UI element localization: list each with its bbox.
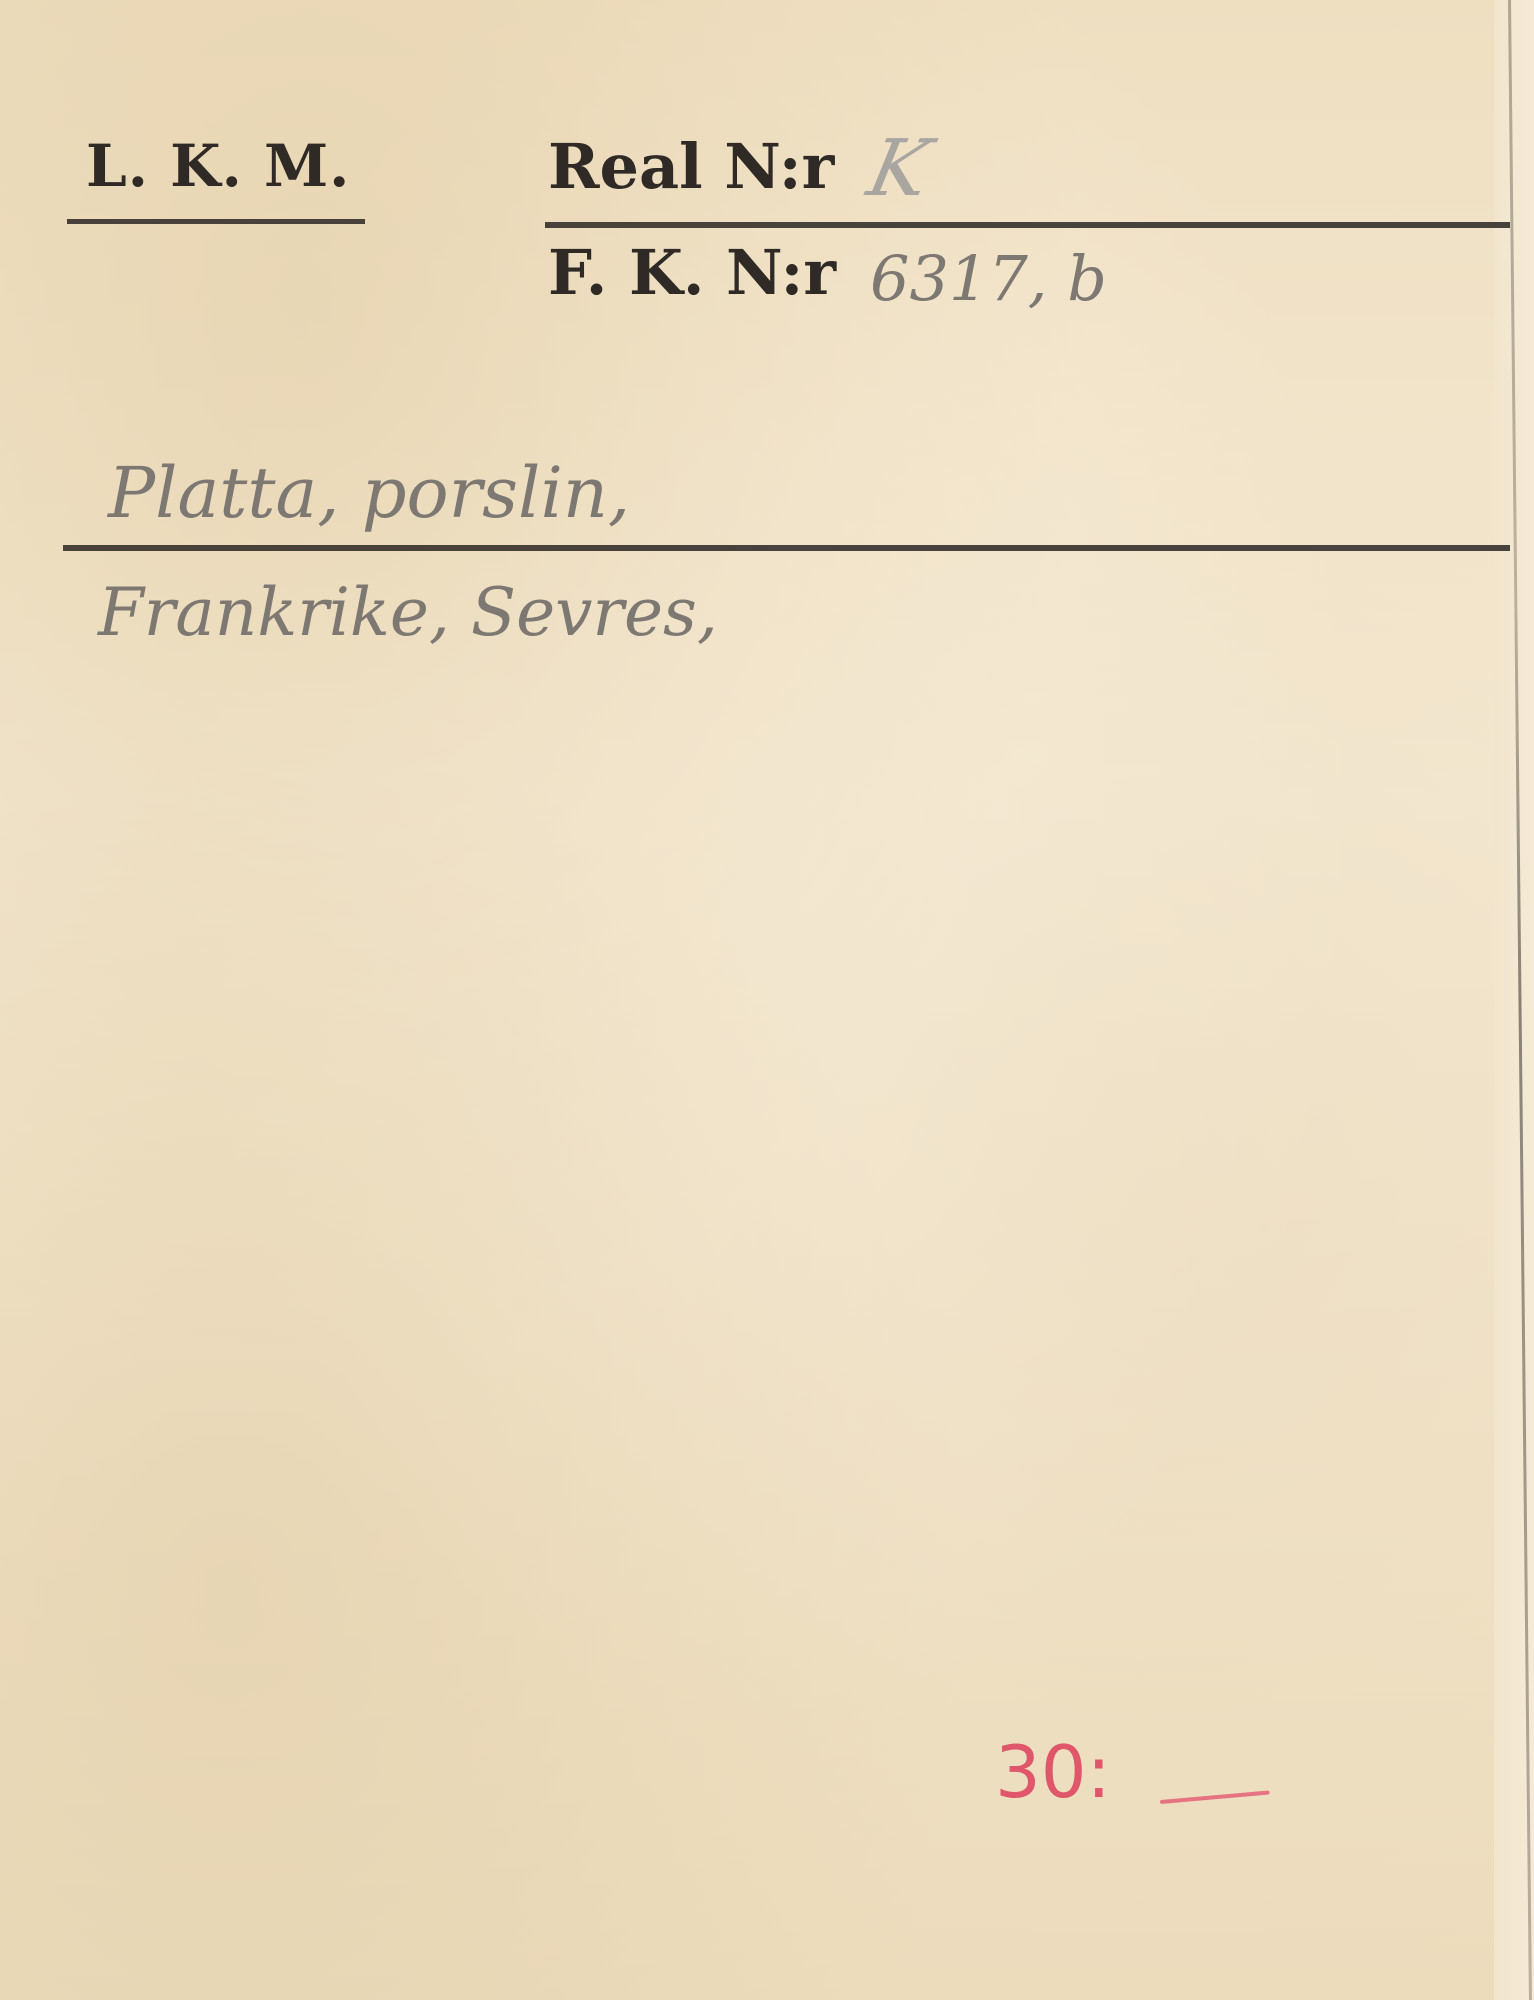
real-nr-value: K — [860, 124, 937, 214]
description-line-1: Platta, porslin, — [108, 452, 630, 534]
fk-nr-value: 6317, b — [870, 242, 1107, 315]
fk-nr-label: F. K. N:r — [548, 236, 836, 309]
real-nr-label: Real N:r — [548, 130, 834, 203]
institution-underline — [67, 219, 365, 224]
header-divider — [545, 222, 1510, 228]
institution-label: L. K. M. — [86, 132, 350, 200]
price-dash — [1160, 1790, 1270, 1804]
description-line-2: Frankrike, Sevres, — [98, 574, 718, 651]
description-divider — [63, 545, 1510, 551]
price-value: 30: — [995, 1730, 1111, 1814]
catalog-card: L. K. M. Real N:r K F. K. N:r 6317, b Pl… — [0, 0, 1534, 2000]
